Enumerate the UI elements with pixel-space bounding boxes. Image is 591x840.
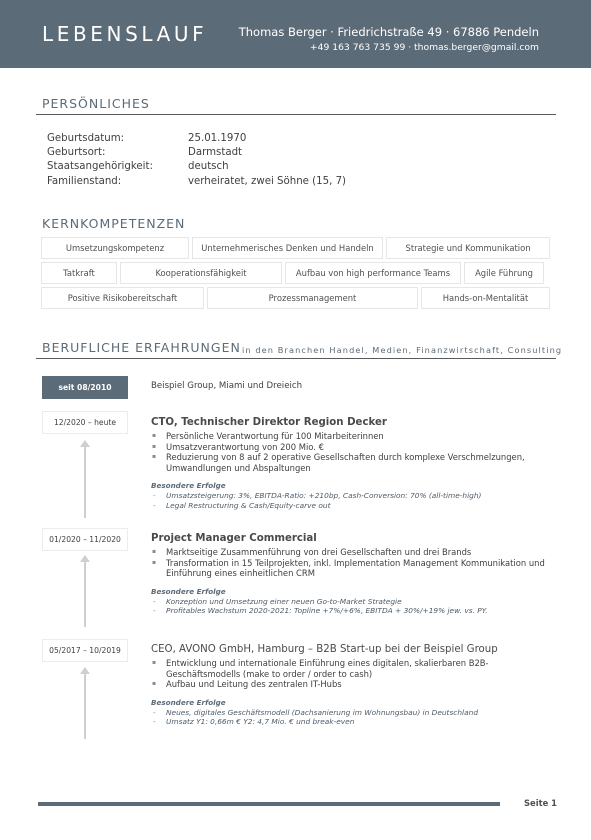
skill-tag: Kooperationsfähigkeit — [120, 262, 282, 284]
skill-tag: Tatkraft — [41, 262, 117, 284]
skill-tag: Aufbau von high performance Teams — [285, 262, 461, 284]
document-title: LEBENSLAUF — [42, 22, 207, 46]
timeline-line — [84, 561, 86, 627]
section-divider — [36, 114, 556, 115]
since-badge: seit 08/2010 — [42, 376, 128, 399]
skills-row: Positive Risikobereitschaft Prozessmanag… — [41, 287, 553, 309]
job-bullet: Aufbau und Leitung des zentralen IT-Hubs — [151, 679, 551, 690]
job-entry: Project Manager Commercial Marktseitige … — [151, 533, 551, 616]
page-number: Seite 1 — [524, 798, 557, 808]
personal-value: 25.01.1970 — [188, 133, 246, 144]
success-item: Konzeption und Umsetzung einer neuen Go-… — [151, 597, 551, 607]
job-successes: Konzeption und Umsetzung einer neuen Go-… — [151, 597, 551, 616]
job-bullet: Reduzierung von 8 auf 2 operative Gesell… — [151, 452, 551, 473]
personal-value: Darmstadt — [188, 147, 242, 158]
job-successes: Neues, digitales Geschäftsmodell (Dachsa… — [151, 708, 551, 727]
header-banner: LEBENSLAUF Thomas Berger · Friedrichstra… — [0, 0, 591, 68]
section-title-experience: BERUFLICHE ERFAHRUNGEN — [42, 340, 241, 355]
personal-label: Familienstand: — [47, 176, 188, 187]
skill-tag: Strategie und Kommunikation — [386, 237, 550, 259]
successes-title: Besondere Erfolge — [151, 587, 551, 596]
success-item: Legal Restructuring & Cash/Equity-carve … — [151, 501, 551, 511]
timeline-line — [84, 673, 86, 739]
skills-row: Umsetzungskompetenz Unternehmerisches De… — [41, 237, 553, 259]
skill-tag: Positive Risikobereitschaft — [41, 287, 204, 309]
job-bullet: Umsatzverantwortung von 200 Mio. € — [151, 442, 551, 453]
job-role: CTO, Technischer Direktor Region Decker — [151, 417, 551, 428]
job-successes: Umsatzsteigerung: 3%, EBITDA-Ratio: +210… — [151, 491, 551, 510]
footer-divider — [38, 802, 500, 806]
personal-row: Familienstand:verheiratet, zwei Söhne (1… — [47, 176, 346, 190]
job-bullet: Entwicklung und internationale Einführun… — [151, 658, 551, 679]
personal-label: Geburtsdatum: — [47, 133, 188, 144]
contact-address: Thomas Berger · Friedrichstraße 49 · 678… — [239, 25, 539, 39]
personal-value: verheiratet, zwei Söhne (15, 7) — [188, 176, 346, 187]
job-date: 12/2020 – heute — [42, 411, 128, 434]
job-responsibilities: Marktseitige Zusammenführung von drei Ge… — [151, 547, 551, 579]
job-date: 05/2017 – 10/2019 — [42, 639, 128, 662]
experience-subtitle: in den Branchen Handel, Medien, Finanzwi… — [242, 345, 562, 355]
successes-title: Besondere Erfolge — [151, 481, 551, 490]
job-responsibilities: Persönliche Verantwortung für 100 Mitarb… — [151, 431, 551, 473]
job-entry: CEO, AVONO GmbH, Hamburg – B2B Start-up … — [151, 644, 551, 727]
skill-tag: Unternehmerisches Denken und Handeln — [192, 237, 383, 259]
job-bullet: Persönliche Verantwortung für 100 Mitarb… — [151, 431, 551, 442]
company-name: Beispiel Group, Miami und Dreieich — [151, 381, 302, 391]
skill-tag: Umsetzungskompetenz — [41, 237, 189, 259]
section-title-skills: KERNKOMPETENZEN — [42, 216, 185, 231]
skills-row: Tatkraft Kooperationsfähigkeit Aufbau vo… — [41, 262, 553, 284]
personal-info: Geburtsdatum:25.01.1970 Geburtsort:Darms… — [47, 133, 346, 190]
section-divider — [36, 358, 556, 359]
successes-title: Besondere Erfolge — [151, 698, 551, 707]
job-role: CEO, AVONO GmbH, Hamburg – B2B Start-up … — [151, 644, 551, 655]
personal-value: deutsch — [188, 161, 229, 172]
personal-row: Staatsangehörigkeit:deutsch — [47, 161, 346, 175]
skill-tag: Prozessmanagement — [207, 287, 418, 309]
job-responsibilities: Entwicklung und internationale Einführun… — [151, 658, 551, 690]
success-item: Neues, digitales Geschäftsmodell (Dachsa… — [151, 708, 551, 718]
skill-tag: Hands-on-Mentalität — [421, 287, 550, 309]
section-title-personal: PERSÖNLICHES — [42, 96, 150, 111]
job-bullet: Transformation in 15 Teilprojekten, inkl… — [151, 558, 551, 579]
success-item: Profitables Wachstum 2020-2021: Topline … — [151, 606, 551, 616]
job-entry: CTO, Technischer Direktor Region Decker … — [151, 417, 551, 510]
job-role: Project Manager Commercial — [151, 533, 551, 544]
personal-label: Staatsangehörigkeit: — [47, 161, 188, 172]
personal-label: Geburtsort: — [47, 147, 188, 158]
success-item: Umsatzsteigerung: 3%, EBITDA-Ratio: +210… — [151, 491, 551, 501]
skills-grid: Umsetzungskompetenz Unternehmerisches De… — [41, 237, 553, 312]
job-date: 01/2020 – 11/2020 — [42, 528, 128, 551]
success-item: Umsatz Y1: 0,66m € Y2: 4,7 Mio. € und br… — [151, 717, 551, 727]
timeline-line — [84, 446, 86, 518]
job-bullet: Marktseitige Zusammenführung von drei Ge… — [151, 547, 551, 558]
personal-row: Geburtsdatum:25.01.1970 — [47, 133, 346, 147]
personal-row: Geburtsort:Darmstadt — [47, 147, 346, 161]
contact-phone-email: +49 163 763 735 99 · thomas.berger@gmail… — [310, 42, 539, 53]
skill-tag: Agile Führung — [464, 262, 544, 284]
